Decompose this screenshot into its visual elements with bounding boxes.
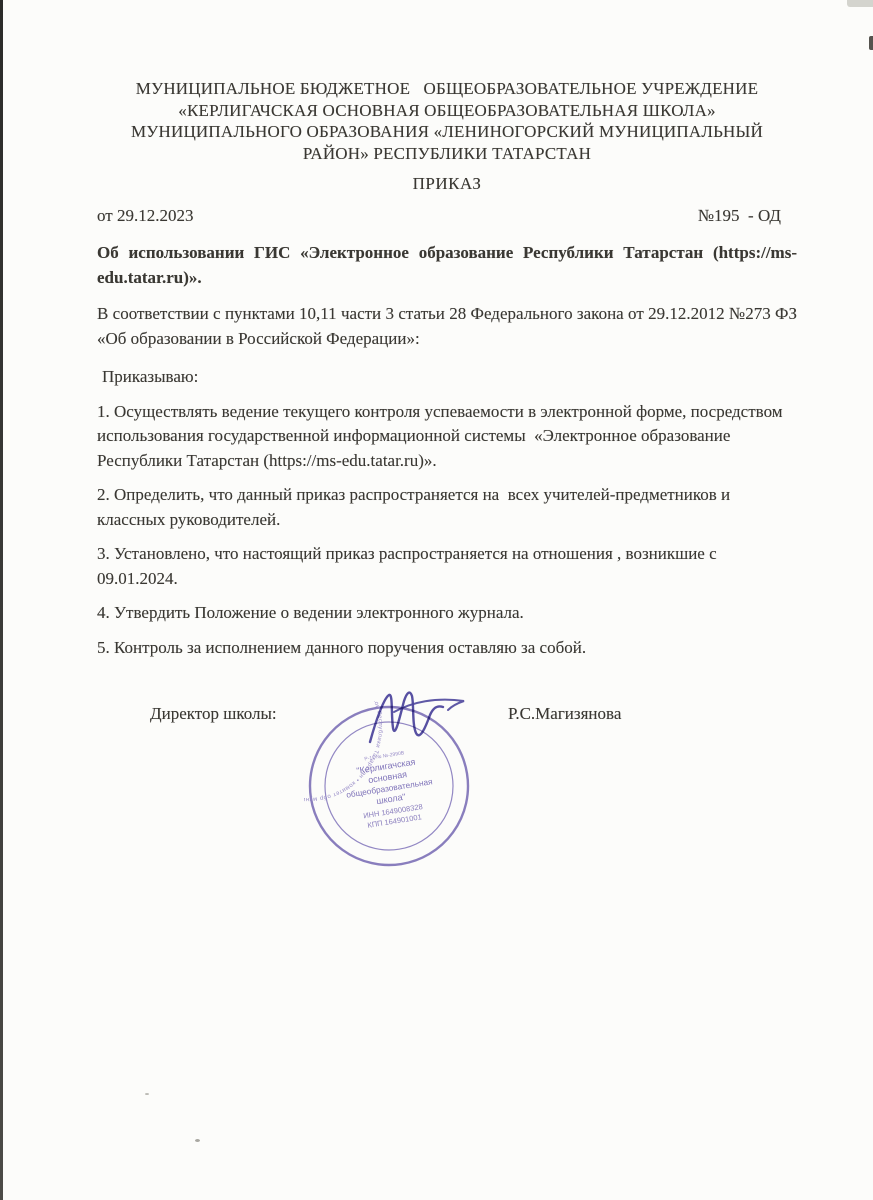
document-type-title: ПРИКАЗ xyxy=(97,174,797,194)
order-item-5: 5. Контроль за исполнением данного поруч… xyxy=(97,636,797,661)
org-header-line: МУНИЦИПАЛЬНОГО ОБРАЗОВАНИЯ «ЛЕНИНОГОРСКИ… xyxy=(97,121,797,143)
organization-header: МУНИЦИПАЛЬНОЕ БЮДЖЕТНОЕ ОБЩЕОБРАЗОВАТЕЛЬ… xyxy=(97,78,797,164)
order-date: от 29.12.2023 xyxy=(97,206,193,226)
order-item-1: 1. Осуществлять ведение текущего контрол… xyxy=(97,400,797,474)
signature-role: Директор школы: xyxy=(150,704,277,724)
scan-speck xyxy=(195,1139,200,1142)
scan-left-edge-artifact xyxy=(0,0,3,1200)
director-handwritten-signature xyxy=(360,684,478,756)
order-number: №195 - ОД xyxy=(698,206,781,226)
scan-speck xyxy=(145,1093,149,1095)
order-meta-row: от 29.12.2023 №195 - ОД xyxy=(97,206,797,226)
signature-name: Р.С.Магизянова xyxy=(508,704,621,724)
scanned-order-page: МУНИЦИПАЛЬНОЕ БЮДЖЕТНОЕ ОБЩЕОБРАЗОВАТЕЛЬ… xyxy=(0,0,873,1200)
order-word: Приказываю: xyxy=(97,365,797,390)
document-content: МУНИЦИПАЛЬНОЕ БЮДЖЕТНОЕ ОБЩЕОБРАЗОВАТЕЛЬ… xyxy=(97,78,797,730)
order-item-3: 3. Установлено, что настоящий приказ рас… xyxy=(97,542,797,591)
org-header-line: МУНИЦИПАЛЬНОЕ БЮДЖЕТНОЕ ОБЩЕОБРАЗОВАТЕЛЬ… xyxy=(97,78,797,100)
org-header-line: РАЙОН» РЕСПУБЛИКИ ТАТАРСТАН xyxy=(97,143,797,165)
scan-right-tick-artifact xyxy=(869,36,873,50)
order-item-2: 2. Определить, что данный приказ распрос… xyxy=(97,483,797,532)
scan-smudge-artifact xyxy=(847,0,873,7)
order-subject: Об использовании ГИС «Электронное образо… xyxy=(97,240,797,290)
order-item-4: 4. Утвердить Положение о ведении электро… xyxy=(97,601,797,626)
org-header-line: «КЕРЛИГАЧСКАЯ ОСНОВНАЯ ОБЩЕОБРАЗОВАТЕЛЬН… xyxy=(97,100,797,122)
order-preamble: В соответствии с пунктами 10,11 части 3 … xyxy=(97,302,797,351)
